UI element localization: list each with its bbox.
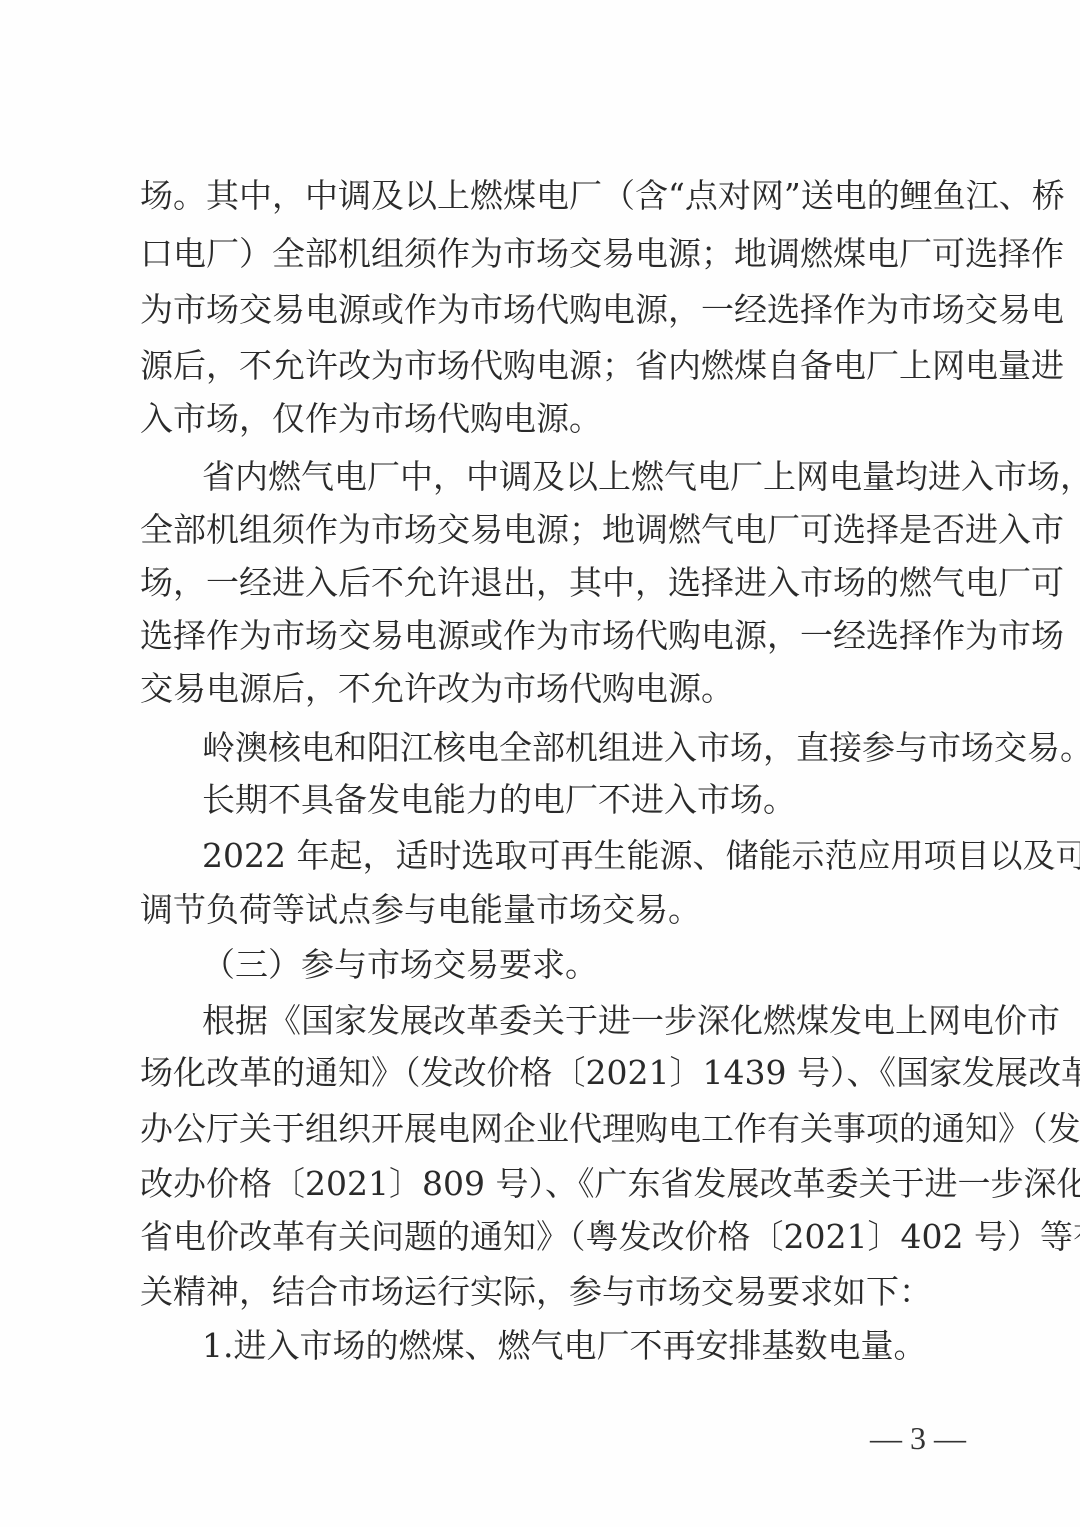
text-line: 选择作为市场交易电源或作为市场代购电源，一经选择作为市场 [140,614,964,658]
text-line: 1.进入市场的燃煤、燃气电厂不再安排基数电量。 [202,1324,964,1368]
page-number: — 3 — [868,1418,968,1458]
text-line: 省内燃气电厂中，中调及以上燃气电厂上网电量均进入市场， [202,455,964,499]
text-line: 为市场交易电源或作为市场代购电源，一经选择作为市场交易电 [140,288,964,332]
text-line: 岭澳核电和阳江核电全部机组进入市场，直接参与市场交易。 [202,726,964,770]
text-line: 调节负荷等试点参与电能量市场交易。 [140,888,964,932]
text-line: 长期不具备发电能力的电厂不进入市场。 [202,778,964,822]
text-line: （三）参与市场交易要求。 [202,943,964,987]
text-line: 改办价格〔2021〕809 号）、《广东省发展改革委关于进一步深化我 [140,1162,964,1206]
text-line: 入市场，仅作为市场代购电源。 [140,397,964,441]
text-line: 场。其中，中调及以上燃煤电厂（含“点对网”送电的鲤鱼江、桥 [140,174,964,218]
text-line: 关精神，结合市场运行实际，参与市场交易要求如下： [140,1270,964,1314]
text-line: 办公厅关于组织开展电网企业代理购电工作有关事项的通知》（发 [140,1107,964,1151]
text-line: 口电厂）全部机组须作为市场交易电源；地调燃煤电厂可选择作 [140,232,964,276]
text-line: 2022 年起，适时选取可再生能源、储能示范应用项目以及可 [202,834,964,878]
text-line: 省电价改革有关问题的通知》（粤发改价格〔2021〕402 号）等有 [140,1215,964,1259]
document-page: 场。其中，中调及以上燃煤电厂（含“点对网”送电的鲤鱼江、桥口电厂）全部机组须作为… [0,0,1080,1527]
text-line: 场，一经进入后不允许退出，其中，选择进入市场的燃气电厂可 [140,561,964,605]
text-line: 交易电源后，不允许改为市场代购电源。 [140,667,964,711]
text-line: 全部机组须作为市场交易电源；地调燃气电厂可选择是否进入市 [140,508,964,552]
text-line: 场化改革的通知》（发改价格〔2021〕1439 号）、《国家发展改革委 [140,1051,964,1095]
text-line: 根据《国家发展改革委关于进一步深化燃煤发电上网电价市 [202,999,964,1043]
text-line: 源后，不允许改为市场代购电源；省内燃煤自备电厂上网电量进 [140,344,964,388]
